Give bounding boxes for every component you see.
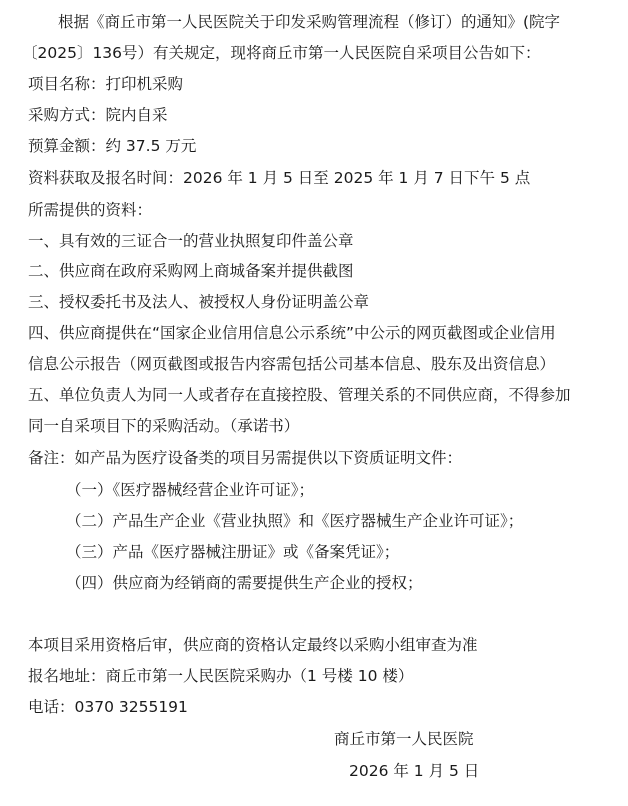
signature-date: 2026 年 1 月 5 日 (349, 760, 479, 782)
budget-amount: 预算金额：约 37.5 万元 (28, 135, 196, 157)
material-item-continued: 信息公示报告（网页截图或报告内容需包括公司基本信息、股东及出资信息） (28, 353, 555, 375)
project-name: 项目名称：打印机采购 (28, 73, 183, 95)
intro-line-2: 〔2025〕136号）有关规定，现将商丘市第一人民医院自采项目公告如下： (22, 42, 541, 64)
material-item: 二、供应商在政府采购网上商城备案并提供截图 (28, 260, 354, 282)
material-item: 五、单位负责人为同一人或者存在直接控股、管理关系的不同供应商，不得参加 (28, 384, 571, 406)
remark-item: （一）《医疗器械经营企业许可证》； (66, 479, 314, 501)
remark: 备注：如产品为医疗设备类的项目另需提供以下资质证明文件： (28, 447, 462, 469)
remark-item: （二）产品生产企业《营业执照》和《医疗器械生产企业许可证》； (66, 510, 523, 532)
material-item-continued: 同一自采项目下的采购活动。（承诺书） (28, 415, 299, 437)
material-item: 一、具有效的三证合一的营业执照复印件盖公章 (28, 230, 354, 252)
materials-heading: 所需提供的资料： (28, 199, 152, 221)
registration-address: 报名地址：商丘市第一人民医院采购办（1 号楼 10 楼） (28, 665, 413, 687)
signature-organization: 商丘市第一人民医院 (334, 728, 474, 750)
contact-phone: 电话：0370 3255191 (28, 696, 188, 718)
material-item: 四、供应商提供在“国家企业信用信息公示系统”中公示的网页截图或企业信用 (28, 322, 556, 344)
material-item: 三、授权委托书及法人、被授权人身份证明盖公章 (28, 291, 369, 313)
procurement-method: 采购方式：院内自采 (28, 104, 168, 126)
qualification-note: 本项目采用资格后审，供应商的资格认定最终以采购小组审查为准 (28, 634, 478, 656)
remark-item: （四）供应商为经销商的需要提供生产企业的授权； (66, 572, 423, 594)
registration-time: 资料获取及报名时间：2026 年 1 月 5 日至 2025 年 1 月 7 日… (28, 167, 530, 189)
remark-item: （三）产品《医疗器械注册证》或《备案凭证》； (66, 541, 399, 563)
intro-line-1: 根据《商丘市第一人民医院关于印发采购管理流程（修订）的通知》(院字 (58, 11, 560, 33)
